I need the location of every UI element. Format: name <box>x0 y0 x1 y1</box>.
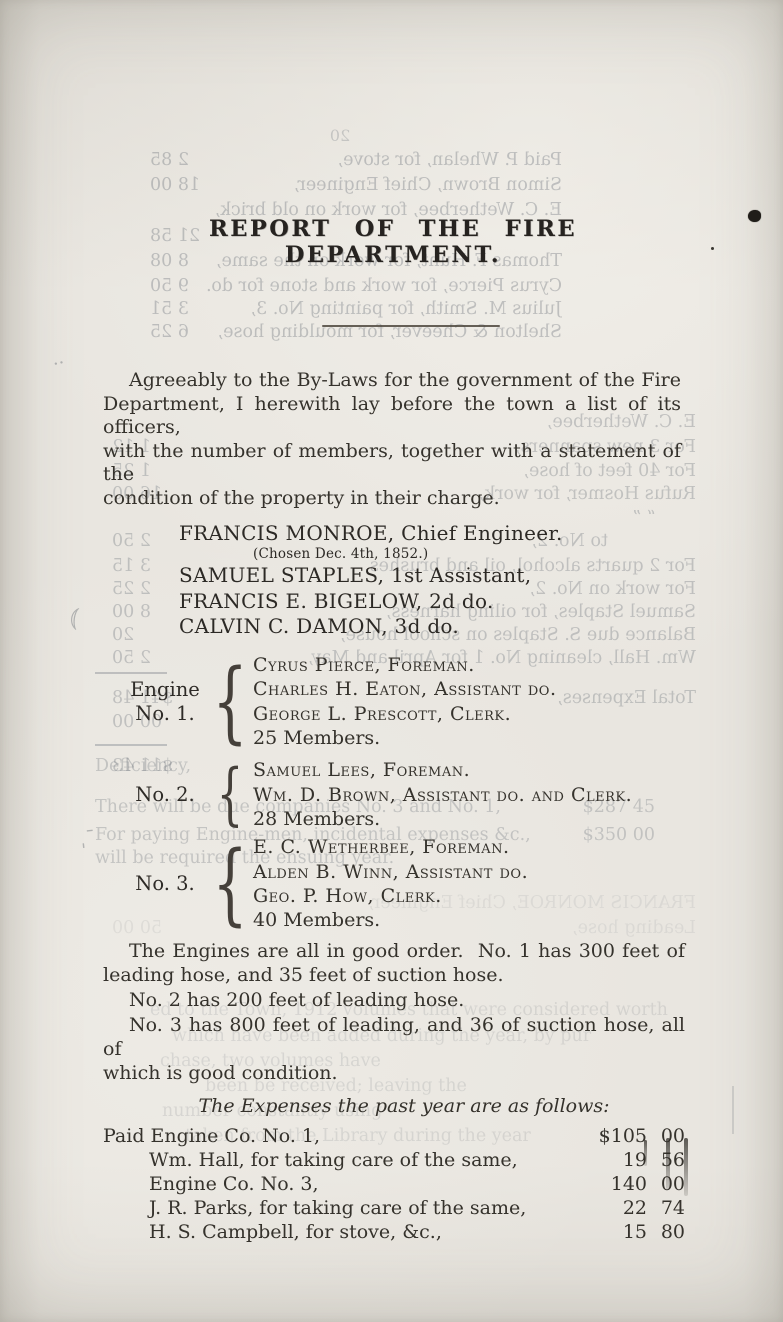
condition-paragraph: No. 2 has 200 feet of leading hose. <box>103 988 685 1012</box>
intro-line: condition of the property in their charg… <box>103 487 681 511</box>
company-label: No. 3. <box>115 872 215 896</box>
expense-cents: 74 <box>647 1197 685 1221</box>
company-member-list: Cyrus Pierce, Foreman.Charles H. Eaton, … <box>245 653 557 750</box>
intro-paragraph: Agreeably to the By-Laws for the governm… <box>103 369 681 510</box>
engine-company: EngineNo. 1.{Cyrus Pierce, Foreman.Charl… <box>115 653 683 750</box>
assistant-line: SAMUEL STAPLES, 1st Assistant, <box>179 563 683 588</box>
page-content: REPORT OF THE FIRE DEPARTMENT. Agreeably… <box>0 216 783 1244</box>
expense-dollars: $105 <box>575 1125 647 1149</box>
brace-glyph: { <box>221 657 240 746</box>
ink-drip <box>684 1138 688 1196</box>
expense-label: Paid Engine Co. No. 1, <box>103 1125 575 1149</box>
intro-line: Agreeably to the By-Laws for the governm… <box>103 369 681 393</box>
company-member-line: Alden B. Winn, Assistant do. <box>253 860 528 884</box>
page-title: REPORT OF THE FIRE DEPARTMENT. <box>103 216 683 268</box>
expense-row: Wm. Hall, for taking care of the same,19… <box>103 1149 685 1173</box>
ink-drip <box>644 1140 647 1166</box>
expense-cents: 80 <box>647 1221 685 1245</box>
company-member-line: Cyrus Pierce, Foreman. <box>253 653 557 677</box>
title-rule <box>322 325 500 327</box>
ink-drip <box>666 1138 670 1190</box>
condition-line: leading hose, and 35 feet of suction hos… <box>103 963 685 987</box>
expense-row: Paid Engine Co. No. 1,$10500 <box>103 1125 685 1149</box>
ghost-label: Simon Brown, Chief Engineer, <box>294 175 562 197</box>
company-member-line: Samuel Lees, Foreman. <box>253 758 632 782</box>
condition-paragraph: The Engines are all in good order. No. 1… <box>103 939 685 987</box>
assistant-line: CALVIN C. DAMON, 3d do. <box>179 614 683 639</box>
ghost-amount: 2 85 <box>150 150 189 172</box>
company-label: EngineNo. 1. <box>115 678 215 726</box>
company-label-line: No. 2. <box>115 783 215 807</box>
company-member-line: 25 Members. <box>253 726 557 750</box>
expense-row: H. S. Campbell, for stove, &c.,1580 <box>103 1221 685 1245</box>
ghost-amount: 18 00 <box>150 175 200 197</box>
intro-line: with the number of members, together wit… <box>103 440 681 487</box>
officers-list: FRANCIS MONROE, Chief Engineer. (Chosen … <box>179 521 683 639</box>
condition-line: No. 3 has 800 feet of leading, and 36 of… <box>103 1013 685 1061</box>
company-member-line: George L. Prescott, Clerk. <box>253 702 557 726</box>
company-label-line: No. 1. <box>115 702 215 726</box>
brace-glyph: { <box>221 761 240 828</box>
brace-glyph: { <box>221 839 240 928</box>
company-label-line: No. 3. <box>115 872 215 896</box>
ink-blot <box>748 210 761 222</box>
condition-line: which is good condition. <box>103 1061 685 1085</box>
engine-company: No. 2.{Samuel Lees, Foreman.Wm. D. Brown… <box>115 758 683 831</box>
expense-label: H. S. Campbell, for stove, &c., <box>103 1221 575 1245</box>
expense-label: J. R. Parks, for taking care of the same… <box>103 1197 575 1221</box>
assistant-line: FRANCIS E. BIGELOW, 2d do. <box>179 589 683 614</box>
ink-speck <box>711 247 714 250</box>
expense-label: Engine Co. No. 3, <box>103 1173 575 1197</box>
company-member-line: E. C. Wetherbee, Foreman. <box>253 835 528 859</box>
pencil-mark: ˌˉ <box>79 825 97 850</box>
company-member-line: Charles H. Eaton, Assistant do. <box>253 677 557 701</box>
company-label-line: Engine <box>115 678 215 702</box>
expense-dollars: 15 <box>575 1221 647 1245</box>
condition-line: No. 2 has 200 feet of leading hose. <box>103 988 685 1012</box>
company-member-line: 40 Members. <box>253 908 528 932</box>
ghost-line: Paid P. Whelan, for stove,2 85 <box>150 150 562 172</box>
company-member-list: Samuel Lees, Foreman.Wm. D. Brown, Assis… <box>245 758 632 831</box>
expenses-table: Paid Engine Co. No. 1,$10500Wm. Hall, fo… <box>103 1125 685 1244</box>
chief-engineer-line: FRANCIS MONROE, Chief Engineer. <box>179 521 683 546</box>
ghost-line: Simon Brown, Chief Engineer,18 00 <box>150 175 562 197</box>
ghost-label: Paid P. Whelan, for stove, <box>338 150 562 172</box>
company-member-line: Geo. P. How, Clerk. <box>253 884 528 908</box>
expense-row: Engine Co. No. 3,14000 <box>103 1173 685 1197</box>
engine-companies: EngineNo. 1.{Cyrus Pierce, Foreman.Charl… <box>103 653 683 932</box>
chosen-date-note: (Chosen Dec. 4th, 1852.) <box>253 546 683 563</box>
scanned-page: 20Paid P. Whelan, for stove,2 85Simon Br… <box>0 0 783 1322</box>
intro-line: Department, I herewith lay before the to… <box>103 393 681 440</box>
expense-label: Wm. Hall, for taking care of the same, <box>103 1149 575 1173</box>
expense-dollars: 19 <box>575 1149 647 1173</box>
expense-dollars: 140 <box>575 1173 647 1197</box>
condition-line: The Engines are all in good order. No. 1… <box>103 939 685 963</box>
ghost-page-number: 20 <box>300 126 380 145</box>
expense-dollars: 22 <box>575 1197 647 1221</box>
company-member-line: Wm. D. Brown, Assistant do. and Clerk. <box>253 783 632 807</box>
company-member-list: E. C. Wetherbee, Foreman.Alden B. Winn, … <box>245 835 528 932</box>
condition-paragraph: No. 3 has 800 feet of leading, and 36 of… <box>103 1013 685 1085</box>
expense-row: J. R. Parks, for taking care of the same… <box>103 1197 685 1221</box>
pencil-mark <box>732 1086 734 1134</box>
engine-company: No. 3.{E. C. Wetherbee, Foreman.Alden B.… <box>115 835 683 932</box>
expenses-heading: The Expenses the past year are as follow… <box>115 1094 693 1118</box>
company-label: No. 2. <box>115 783 215 807</box>
company-member-line: 28 Members. <box>253 807 632 831</box>
condition-paragraphs: The Engines are all in good order. No. 1… <box>103 939 685 1085</box>
